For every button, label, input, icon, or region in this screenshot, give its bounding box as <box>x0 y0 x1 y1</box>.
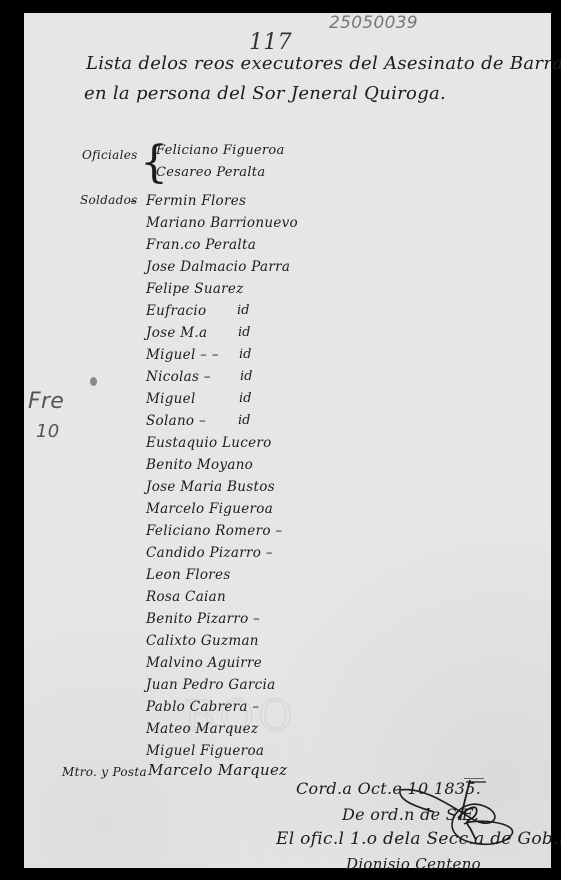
soldier-name: Benito Moyano <box>146 457 253 473</box>
ink-stain <box>90 377 97 386</box>
soldier-name: Solano – <box>146 413 206 429</box>
soldiers-dash: – <box>130 194 137 209</box>
teacher-label: Mtro. y Posta <box>62 765 147 779</box>
officers-label: Oficiales <box>82 148 138 162</box>
manuscript-page: 25050039 117 Lista delos reos executores… <box>24 13 551 868</box>
soldier-name: Jose Maria Bustos <box>146 479 275 495</box>
ditto-mark: id <box>238 413 250 428</box>
soldier-name: Eufracio <box>146 303 206 319</box>
soldier-name: Miguel – – <box>146 347 219 363</box>
soldier-name: Marcelo Figueroa <box>146 501 273 517</box>
soldier-name: Eustaquio Lucero <box>146 435 272 451</box>
officer-name: Feliciano Figueroa <box>156 143 285 158</box>
teacher-name: Marcelo Marquez <box>148 761 287 779</box>
ditto-mark: id <box>239 391 251 406</box>
ditto-mark: id <box>239 347 251 362</box>
rubric-signature-icon <box>394 778 534 858</box>
margin-note-number: 10 <box>36 421 60 442</box>
soldier-name: Rosa Caian <box>146 589 226 605</box>
soldier-name: Leon Flores <box>146 567 231 583</box>
archive-number: 25050039 <box>329 13 418 33</box>
soldier-name: Fran.co Peralta <box>146 237 256 253</box>
margin-note: Fre <box>28 389 64 414</box>
soldier-name: Benito Pizarro – <box>146 611 260 627</box>
soldier-name: Nicolas – <box>146 369 211 385</box>
soldier-name: Jose Dalmacio Parra <box>146 259 290 275</box>
soldier-name: Jose M.a <box>146 325 207 341</box>
soldier-name: Mariano Barrionuevo <box>146 215 298 231</box>
title-line-1: Lista delos reos executores del Asesinat… <box>86 53 561 74</box>
watermark: BOO <box>184 691 297 740</box>
soldier-name: Feliciano Romero – <box>146 523 282 539</box>
soldier-name: Miguel <box>146 391 196 407</box>
officer-name: Cesareo Peralta <box>156 165 265 180</box>
folio-number: 117 <box>249 30 292 55</box>
ditto-mark: id <box>237 303 249 318</box>
soldier-name: Miguel Figueroa <box>146 743 264 759</box>
soldier-name: Fermin Flores <box>146 193 246 209</box>
soldiers-label: Soldados <box>80 193 138 207</box>
title-line-2: en la persona del Sor Jeneral Quiroga. <box>84 83 446 104</box>
ditto-mark: id <box>240 369 252 384</box>
soldier-name: Candido Pizarro – <box>146 545 273 561</box>
ditto-mark: id <box>238 325 250 340</box>
soldier-name: Calixto Guzman <box>146 633 259 649</box>
soldier-name: Malvino Aguirre <box>146 655 262 671</box>
soldier-name: Felipe Suarez <box>146 281 244 297</box>
